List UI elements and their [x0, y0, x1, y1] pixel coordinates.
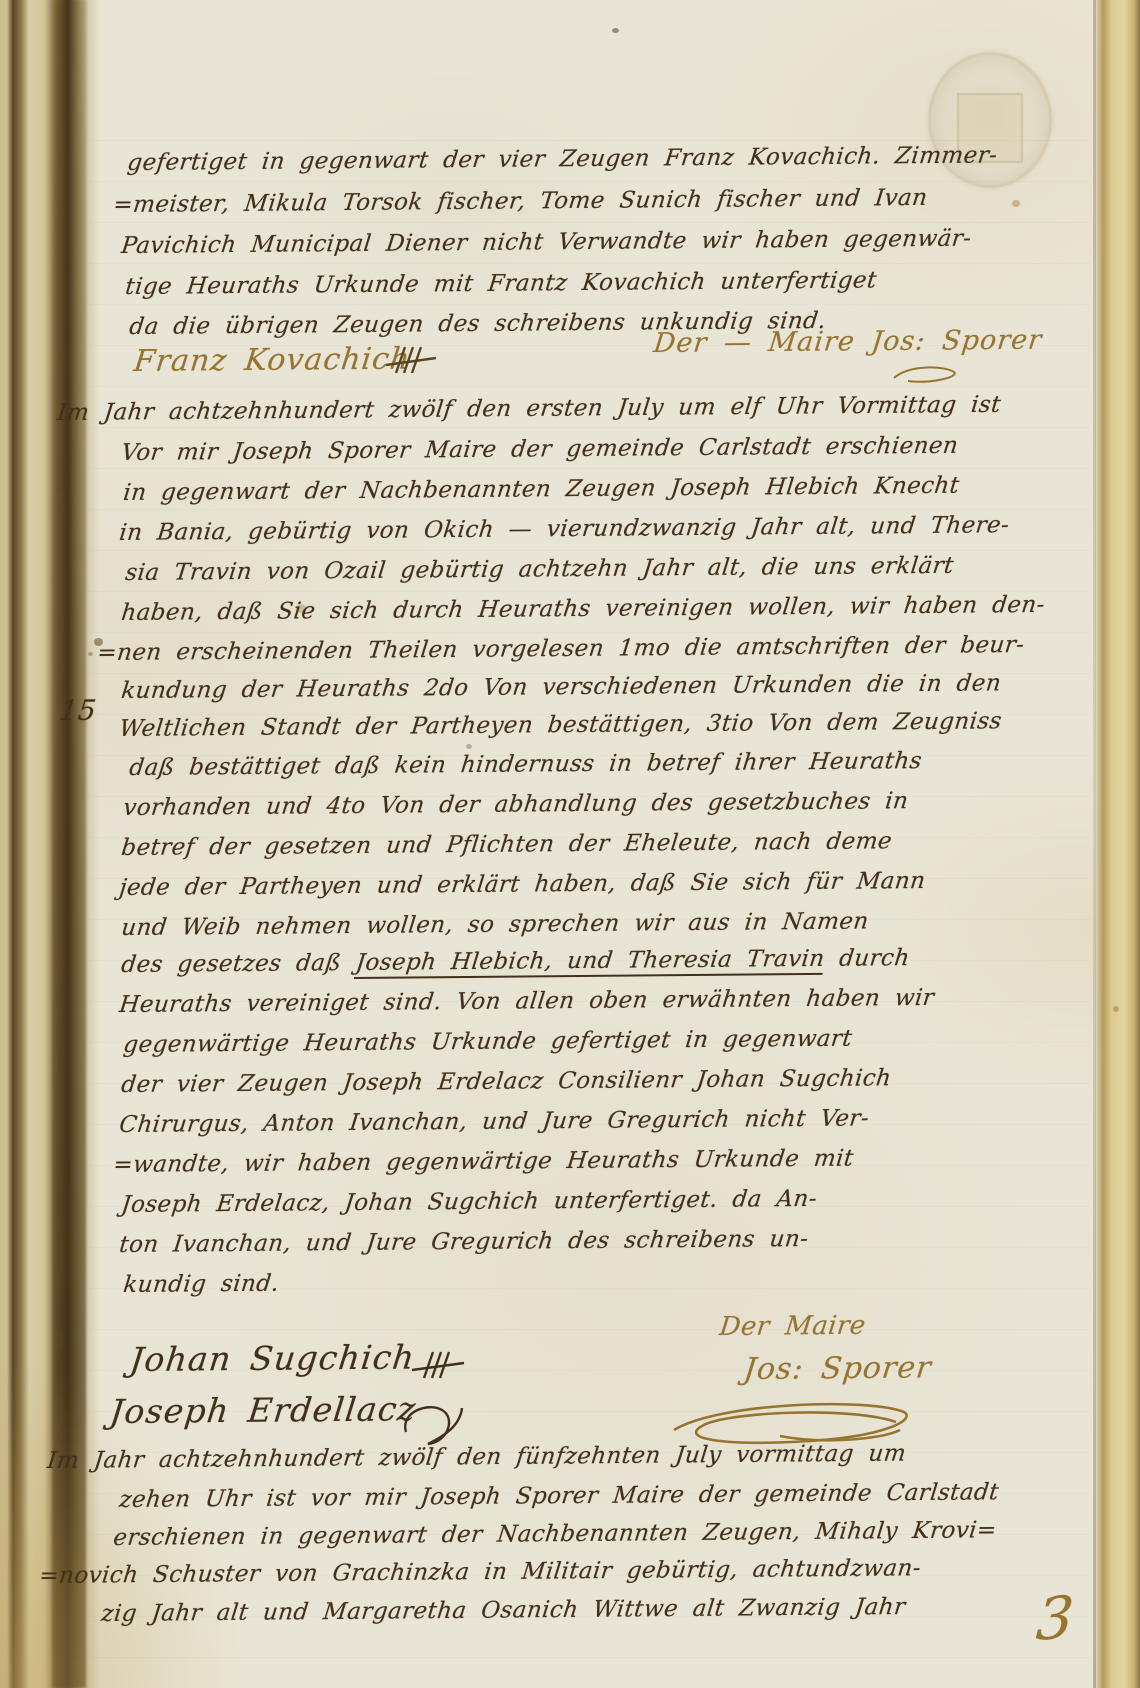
paper-stain	[1012, 200, 1020, 207]
manuscript-line: in gegenwart der Nachbenannten Zeugen Jo…	[122, 473, 961, 506]
ink-speck	[612, 28, 619, 33]
underline-pre: des gesetzes daß	[120, 950, 357, 978]
signature-johan-sugchich: Johan Sugchich	[128, 1338, 417, 1379]
margin-act-number: 15	[58, 694, 98, 727]
manuscript-line: betref der gesetzen und Pflichten der Eh…	[120, 828, 893, 861]
manuscript-page: 15 gefertiget in gegenwart der vier Zeug…	[0, 0, 1140, 1688]
signature-flourish	[398, 1398, 468, 1448]
page-fold-line	[1093, 0, 1096, 1688]
manuscript-line: Heuraths vereiniget sind. Von allen oben…	[118, 985, 936, 1018]
manuscript-line: haben, daß Sie sich durch Heuraths verei…	[120, 592, 1046, 626]
manuscript-line: Im Jahr achtzehnhundert zwölf den ersten…	[56, 392, 1002, 426]
signature-paraph-flourish	[660, 1392, 920, 1448]
manuscript-line: ton Ivanchan, und Jure Gregurich des sch…	[118, 1226, 810, 1258]
handsign-crosshatch	[382, 344, 440, 376]
manuscript-line: vorhanden und 4to Von der abhandlung des…	[122, 788, 910, 821]
manuscript-line-underlined-names: des gesetzes daß Joseph Hlebich, und The…	[120, 945, 911, 978]
manuscript-line: Vor mir Joseph Sporer Maire der gemeinde…	[120, 433, 960, 466]
manuscript-line: kundig sind.	[122, 1271, 281, 1298]
signature-maire-inline: Der — Maire Jos: Sporer	[652, 325, 1044, 359]
manuscript-line: und Weib nehmen wollen, so sprechen wir …	[120, 908, 870, 941]
manuscript-line: Joseph Erdelacz, Johan Sugchich unterfer…	[120, 1186, 818, 1218]
paper-stain	[88, 652, 93, 656]
manuscript-line: =wandte, wir haben gegenwärtige Heuraths…	[112, 1146, 855, 1178]
manuscript-line: =nen erscheinenden Theilen vorgelesen 1m…	[96, 632, 1026, 666]
manuscript-line: Weltlichen Standt der Partheyen bestätti…	[118, 708, 1003, 742]
page-mark: 3	[1034, 1582, 1077, 1654]
signature-joseph-erdellacz: Joseph Erdellacz	[108, 1389, 419, 1431]
manuscript-line: =novich Schuster von Grachinzka in Milit…	[38, 1555, 922, 1589]
paper-stain	[1113, 1006, 1119, 1012]
manuscript-line: jede der Partheyen und erklärt haben, da…	[118, 868, 927, 901]
paper-stain	[466, 744, 472, 749]
page-stack-shadow	[52, 0, 86, 1688]
manuscript-line: Im Jahr achtzehnhundert zwölf den fünfze…	[46, 1441, 907, 1474]
underline-post: durch	[823, 945, 911, 972]
manuscript-line: kundung der Heuraths 2do Von verschieden…	[120, 670, 1003, 704]
manuscript-line: =meister, Mikula Torsok fischer, Tome Su…	[112, 185, 929, 218]
manuscript-line: gegenwärtige Heuraths Urkunde gefertiget…	[122, 1026, 854, 1058]
manuscript-line: sia Travin von Ozail gebürtig achtzehn J…	[124, 553, 955, 586]
manuscript-line: daß bestättiget daß kein hindernuss in b…	[128, 748, 923, 781]
signature-maire-title: Der Maire	[718, 1311, 867, 1342]
manuscript-line: gefertiget in gegenwart der vier Zeugen …	[126, 142, 999, 176]
manuscript-line: erschienen in gegenwart der Nachbenannte…	[112, 1517, 998, 1551]
signature-franz-kovachich: Franz Kovachich	[132, 342, 412, 379]
manuscript-line: der vier Zeugen Joseph Erdelacz Consilie…	[120, 1065, 893, 1098]
manuscript-line: tige Heuraths Urkunde mit Frantz Kovachi…	[124, 267, 878, 300]
manuscript-line: zig Jahr alt und Margaretha Osanich Witt…	[100, 1594, 907, 1627]
next-page-edge	[1094, 0, 1140, 1688]
handsign-crosshatch	[408, 1348, 468, 1382]
manuscript-line: zehen Uhr ist vor mir Joseph Sporer Mair…	[118, 1479, 1000, 1513]
signature-flourish-small	[890, 362, 960, 386]
manuscript-line: in Bania, gebürtig von Okich — vierundzw…	[118, 512, 1011, 546]
manuscript-line: Chirurgus, Anton Ivanchan, und Jure Greg…	[118, 1105, 871, 1138]
underlined-spouse-names: Joseph Hlebich, und Theresia Travin	[354, 946, 826, 979]
manuscript-line: Pavichich Municipal Diener nicht Verwand…	[120, 226, 973, 259]
signature-jos-sporer: Jos: Sporer	[742, 1350, 934, 1387]
